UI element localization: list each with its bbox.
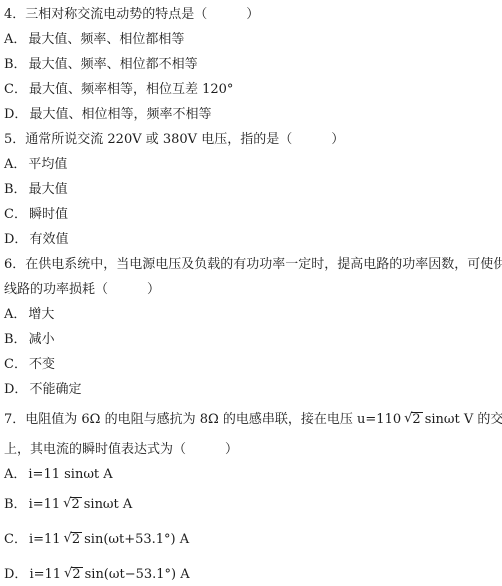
text-segment: sin(ωt+53.1°) A	[84, 532, 189, 547]
option-label: B．	[4, 182, 27, 197]
question-7-option-A: A．i=11 sinωt A	[4, 462, 502, 487]
option-label: D．	[4, 232, 27, 247]
radicand: 2	[71, 567, 82, 582]
radicand: 2	[70, 497, 81, 512]
option-label: C．	[4, 532, 27, 547]
text-segment: 减小	[29, 332, 55, 347]
question-4-option-A: A．最大值、频率、相位都相等	[4, 27, 502, 52]
exam-page: 4．三相对称交流电动势的特点是（ ）A．最大值、频率、相位都相等B．最大值、频率…	[0, 0, 502, 586]
text-segment: 瞬时值	[29, 207, 68, 222]
option-label: D．	[4, 107, 27, 122]
question-6-option-D: D．不能确定	[4, 377, 502, 402]
text-segment: sinωt A	[84, 497, 133, 512]
question-5-stem-line-1: 5．通常所说交流 220V 或 380V 电压，指的是（ ）	[4, 127, 502, 152]
text-segment: 增大	[28, 307, 54, 322]
option-label: C．	[4, 82, 27, 97]
question-7-option-B: B．i=11√2sinωt A	[4, 487, 502, 522]
question-7-stem-line-2: 上，其电流的瞬时值表达式为（ ）	[4, 437, 502, 462]
text-segment: 4．三相对称交流电动势的特点是（ ）	[4, 7, 259, 22]
option-label: B．	[4, 497, 27, 512]
text-segment: sinωt V 的交流电源	[425, 412, 502, 427]
text-segment: i=11	[29, 532, 61, 547]
text-segment: i=11	[29, 567, 61, 582]
radicand: 2	[411, 412, 422, 427]
option-label: D．	[4, 382, 27, 397]
option-label: B．	[4, 57, 27, 72]
text-segment: 最大值、频率相等，相位互差 120°	[29, 82, 233, 97]
radical-sign: √	[64, 521, 72, 556]
radical-sign: √	[404, 401, 412, 436]
question-7-option-C: C．i=11√2sin(ωt+53.1°) A	[4, 522, 502, 557]
question-6-option-A: A．增大	[4, 302, 502, 327]
question-6-option-B: B．减小	[4, 327, 502, 352]
text-segment: sin(ωt−53.1°) A	[85, 567, 190, 582]
question-4-option-B: B．最大值、频率、相位都不相等	[4, 52, 502, 77]
question-7-option-D: D．i=11√2sin(ωt−53.1°) A	[4, 557, 502, 586]
option-label: C．	[4, 207, 27, 222]
text-segment: i=11	[29, 497, 61, 512]
radicand: 2	[71, 532, 82, 547]
text-segment: 有效值	[29, 232, 68, 247]
text-segment: 最大值、相位相等，频率不相等	[29, 107, 211, 122]
question-5-option-D: D．有效值	[4, 227, 502, 252]
text-segment: 7．电阻值为 6Ω 的电阻与感抗为 8Ω 的电感串联，接在电压 u=110	[4, 412, 401, 427]
question-5-option-B: B．最大值	[4, 177, 502, 202]
option-label: D．	[4, 567, 27, 582]
text-segment: 最大值	[29, 182, 68, 197]
text-segment: 6．在供电系统中，当电源电压及负载的有功功率一定时，提高电路的功率因数，可使供电	[4, 257, 502, 272]
text-segment: 平均值	[28, 157, 67, 172]
option-label: A．	[4, 157, 26, 172]
option-label: B．	[4, 332, 27, 347]
text-segment: 最大值、频率、相位都不相等	[29, 57, 198, 72]
text-segment: 线路的功率损耗（ ）	[4, 282, 160, 297]
option-label: A．	[4, 307, 26, 322]
question-6-stem-line-1: 6．在供电系统中，当电源电压及负载的有功功率一定时，提高电路的功率因数，可使供电	[4, 252, 502, 277]
square-root-icon: √2	[64, 557, 83, 586]
radical-sign: √	[63, 486, 71, 521]
text-segment: 不变	[29, 357, 55, 372]
question-4-option-C: C．最大值、频率相等，相位互差 120°	[4, 77, 502, 102]
question-5-option-C: C．瞬时值	[4, 202, 502, 227]
question-7-stem-line-1: 7．电阻值为 6Ω 的电阻与感抗为 8Ω 的电感串联，接在电压 u=110√2s…	[4, 402, 502, 437]
square-root-icon: √2	[63, 487, 82, 522]
text-segment: i=11 sinωt A	[28, 467, 112, 482]
square-root-icon: √2	[64, 522, 83, 557]
square-root-icon: √2	[404, 402, 423, 437]
question-6-stem-line-2: 线路的功率损耗（ ）	[4, 277, 502, 302]
radical-sign: √	[64, 556, 72, 586]
option-label: C．	[4, 357, 27, 372]
question-4-stem-line-1: 4．三相对称交流电动势的特点是（ ）	[4, 2, 502, 27]
text-segment: 不能确定	[29, 382, 81, 397]
text-segment: 5．通常所说交流 220V 或 380V 电压，指的是（ ）	[4, 132, 344, 147]
text-segment: 最大值、频率、相位都相等	[28, 32, 184, 47]
question-4-option-D: D．最大值、相位相等，频率不相等	[4, 102, 502, 127]
question-6-option-C: C．不变	[4, 352, 502, 377]
option-label: A．	[4, 467, 26, 482]
text-segment: 上，其电流的瞬时值表达式为（ ）	[4, 442, 238, 457]
option-label: A．	[4, 32, 26, 47]
question-5-option-A: A．平均值	[4, 152, 502, 177]
